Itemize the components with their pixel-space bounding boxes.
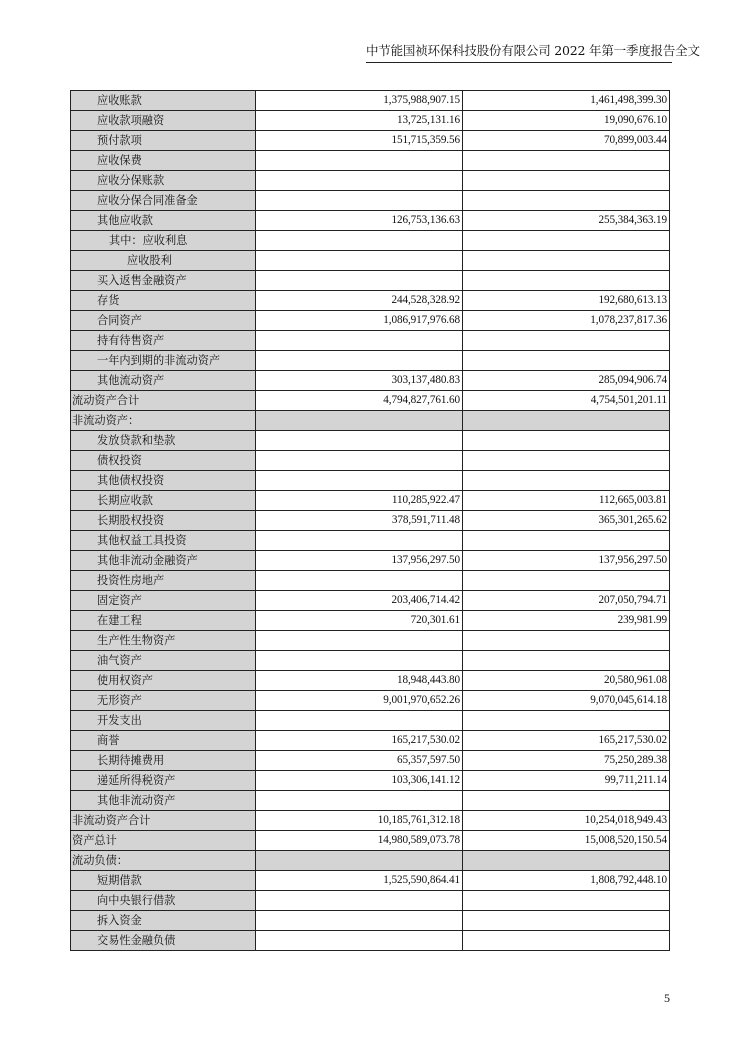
table-row: 油气资产 — [71, 651, 670, 671]
table-row: 预付款项151,715,359.5670,899,003.44 — [71, 131, 670, 151]
table-row: 开发支出 — [71, 711, 670, 731]
period-begin-value — [463, 231, 670, 251]
period-begin-value — [463, 271, 670, 291]
period-begin-value: 15,008,520,150.54 — [463, 831, 670, 851]
table-row: 应收保费 — [71, 151, 670, 171]
row-label: 短期借款 — [71, 871, 256, 891]
period-end-value: 13,725,131.16 — [256, 111, 463, 131]
period-begin-value — [463, 191, 670, 211]
period-begin-value: 1,078,237,817.36 — [463, 311, 670, 331]
row-label: 其他权益工具投资 — [71, 531, 256, 551]
row-label: 持有待售资产 — [71, 331, 256, 351]
period-end-value — [256, 911, 463, 931]
period-end-value: 378,591,711.48 — [256, 511, 463, 531]
row-label: 其他非流动资产 — [71, 791, 256, 811]
period-begin-value — [463, 651, 670, 671]
period-begin-value: 112,665,003.81 — [463, 491, 670, 511]
balance-sheet-body: 应收账款1,375,988,907.151,461,498,399.30应收款项… — [71, 91, 670, 951]
section-header-row: 流动负债： — [71, 851, 670, 871]
period-end-value: 9,001,970,652.26 — [256, 691, 463, 711]
row-label: 固定资产 — [71, 591, 256, 611]
period-begin-value — [463, 931, 670, 951]
row-label: 其他债权投资 — [71, 471, 256, 491]
period-end-value — [256, 231, 463, 251]
period-begin-value: 70,899,003.44 — [463, 131, 670, 151]
table-row: 发放贷款和垫款 — [71, 431, 670, 451]
row-label: 应收保费 — [71, 151, 256, 171]
period-end-value — [256, 891, 463, 911]
row-label: 应收股利 — [71, 251, 256, 271]
table-row: 长期待摊费用65,357,597.5075,250,289.38 — [71, 751, 670, 771]
table-row: 一年内到期的非流动资产 — [71, 351, 670, 371]
period-end-value — [256, 331, 463, 351]
period-begin-value — [463, 151, 670, 171]
row-label: 商誉 — [71, 731, 256, 751]
row-label: 长期待摊费用 — [71, 751, 256, 771]
period-begin-value — [463, 471, 670, 491]
period-begin-value — [463, 411, 670, 431]
period-end-value: 110,285,922.47 — [256, 491, 463, 511]
period-begin-value — [463, 911, 670, 931]
table-row: 应收股利 — [71, 251, 670, 271]
table-row: 应收分保账款 — [71, 171, 670, 191]
table-row: 投资性房地产 — [71, 571, 670, 591]
period-end-value: 65,357,597.50 — [256, 751, 463, 771]
row-label: 买入返售金融资产 — [71, 271, 256, 291]
row-label: 其中：应收利息 — [71, 231, 256, 251]
row-label: 交易性金融负债 — [71, 931, 256, 951]
period-end-value: 126,753,136.63 — [256, 211, 463, 231]
row-label: 应收账款 — [71, 91, 256, 111]
period-begin-value: 365,301,265.62 — [463, 511, 670, 531]
period-end-value: 203,406,714.42 — [256, 591, 463, 611]
period-begin-value: 1,461,498,399.30 — [463, 91, 670, 111]
period-end-value — [256, 651, 463, 671]
total-row: 流动资产合计4,794,827,761.604,754,501,201.11 — [71, 391, 670, 411]
period-begin-value — [463, 431, 670, 451]
table-row: 短期借款1,525,590,864.411,808,792,448.10 — [71, 871, 670, 891]
row-label: 应收分保账款 — [71, 171, 256, 191]
period-begin-value — [463, 331, 670, 351]
period-end-value — [256, 571, 463, 591]
row-label: 使用权资产 — [71, 671, 256, 691]
period-begin-value — [463, 851, 670, 871]
total-row: 资产总计14,980,589,073.7815,008,520,150.54 — [71, 831, 670, 851]
period-end-value — [256, 711, 463, 731]
table-row: 其他权益工具投资 — [71, 531, 670, 551]
row-label: 应收分保合同准备金 — [71, 191, 256, 211]
row-label: 油气资产 — [71, 651, 256, 671]
row-label: 开发支出 — [71, 711, 256, 731]
row-label: 债权投资 — [71, 451, 256, 471]
period-end-value: 244,528,328.92 — [256, 291, 463, 311]
table-row: 其中：应收利息 — [71, 231, 670, 251]
period-begin-value — [463, 791, 670, 811]
period-end-value — [256, 471, 463, 491]
period-end-value: 18,948,443.80 — [256, 671, 463, 691]
row-label: 向中央银行借款 — [71, 891, 256, 911]
period-end-value: 165,217,530.02 — [256, 731, 463, 751]
row-label: 其他流动资产 — [71, 371, 256, 391]
row-label: 拆入资金 — [71, 911, 256, 931]
table-row: 向中央银行借款 — [71, 891, 670, 911]
row-label: 长期应收款 — [71, 491, 256, 511]
period-end-value: 137,956,297.50 — [256, 551, 463, 571]
period-end-value — [256, 931, 463, 951]
period-begin-value: 9,070,045,614.18 — [463, 691, 670, 711]
table-row: 长期应收款110,285,922.47112,665,003.81 — [71, 491, 670, 511]
table-row: 债权投资 — [71, 451, 670, 471]
row-label: 流动资产合计 — [71, 391, 256, 411]
table-row: 合同资产1,086,917,976.681,078,237,817.36 — [71, 311, 670, 331]
period-end-value: 303,137,480.83 — [256, 371, 463, 391]
table-row: 持有待售资产 — [71, 331, 670, 351]
period-begin-value — [463, 571, 670, 591]
period-end-value — [256, 251, 463, 271]
period-end-value — [256, 451, 463, 471]
row-label: 资产总计 — [71, 831, 256, 851]
period-end-value: 14,980,589,073.78 — [256, 831, 463, 851]
period-begin-value: 19,090,676.10 — [463, 111, 670, 131]
period-begin-value: 165,217,530.02 — [463, 731, 670, 751]
period-begin-value — [463, 251, 670, 271]
row-label: 其他应收款 — [71, 211, 256, 231]
table-row: 商誉165,217,530.02165,217,530.02 — [71, 731, 670, 751]
table-row: 在建工程720,301.61239,981.99 — [71, 611, 670, 631]
table-row: 递延所得税资产103,306,141.1299,711,211.14 — [71, 771, 670, 791]
row-label: 非流动资产合计 — [71, 811, 256, 831]
row-label: 流动负债： — [71, 851, 256, 871]
table-row: 其他应收款126,753,136.63255,384,363.19 — [71, 211, 670, 231]
row-label: 递延所得税资产 — [71, 771, 256, 791]
table-row: 其他非流动资产 — [71, 791, 670, 811]
table-row: 其他流动资产303,137,480.83285,094,906.74 — [71, 371, 670, 391]
page-header: 中节能国祯环保科技股份有限公司 2022 年第一季度报告全文 — [366, 42, 672, 63]
period-end-value — [256, 411, 463, 431]
row-label: 预付款项 — [71, 131, 256, 151]
period-begin-value: 75,250,289.38 — [463, 751, 670, 771]
period-end-value — [256, 271, 463, 291]
period-end-value: 151,715,359.56 — [256, 131, 463, 151]
period-end-value: 1,086,917,976.68 — [256, 311, 463, 331]
period-end-value: 1,375,988,907.15 — [256, 91, 463, 111]
table-row: 长期股权投资378,591,711.48365,301,265.62 — [71, 511, 670, 531]
period-end-value — [256, 631, 463, 651]
report-title: 中节能国祯环保科技股份有限公司 2022 年第一季度报告全文 — [366, 43, 700, 58]
period-end-value — [256, 791, 463, 811]
table-row: 生产性生物资产 — [71, 631, 670, 651]
period-end-value — [256, 151, 463, 171]
row-label: 非流动资产： — [71, 411, 256, 431]
row-label: 发放贷款和垫款 — [71, 431, 256, 451]
row-label: 存货 — [71, 291, 256, 311]
section-header-row: 非流动资产： — [71, 411, 670, 431]
table-row: 买入返售金融资产 — [71, 271, 670, 291]
row-label: 应收款项融资 — [71, 111, 256, 131]
period-begin-value — [463, 531, 670, 551]
period-end-value — [256, 531, 463, 551]
period-begin-value: 137,956,297.50 — [463, 551, 670, 571]
row-label: 无形资产 — [71, 691, 256, 711]
row-label: 长期股权投资 — [71, 511, 256, 531]
table-row: 应收款项融资13,725,131.1619,090,676.10 — [71, 111, 670, 131]
period-begin-value — [463, 711, 670, 731]
period-end-value — [256, 851, 463, 871]
period-begin-value: 1,808,792,448.10 — [463, 871, 670, 891]
table-row: 其他债权投资 — [71, 471, 670, 491]
period-begin-value — [463, 351, 670, 371]
period-begin-value: 192,680,613.13 — [463, 291, 670, 311]
balance-sheet-table: 应收账款1,375,988,907.151,461,498,399.30应收款项… — [70, 90, 670, 951]
period-end-value — [256, 351, 463, 371]
period-end-value: 1,525,590,864.41 — [256, 871, 463, 891]
table-row: 拆入资金 — [71, 911, 670, 931]
period-end-value: 720,301.61 — [256, 611, 463, 631]
period-begin-value — [463, 891, 670, 911]
row-label: 投资性房地产 — [71, 571, 256, 591]
period-begin-value: 99,711,211.14 — [463, 771, 670, 791]
period-end-value: 4,794,827,761.60 — [256, 391, 463, 411]
total-row: 非流动资产合计10,185,761,312.1810,254,018,949.4… — [71, 811, 670, 831]
row-label: 合同资产 — [71, 311, 256, 331]
row-label: 生产性生物资产 — [71, 631, 256, 651]
table-row: 其他非流动金融资产137,956,297.50137,956,297.50 — [71, 551, 670, 571]
table-row: 应收账款1,375,988,907.151,461,498,399.30 — [71, 91, 670, 111]
table-row: 存货244,528,328.92192,680,613.13 — [71, 291, 670, 311]
period-begin-value: 255,384,363.19 — [463, 211, 670, 231]
row-label: 一年内到期的非流动资产 — [71, 351, 256, 371]
period-begin-value: 4,754,501,201.11 — [463, 391, 670, 411]
table-row: 应收分保合同准备金 — [71, 191, 670, 211]
period-begin-value: 10,254,018,949.43 — [463, 811, 670, 831]
page-number: 5 — [664, 991, 670, 1006]
row-label: 在建工程 — [71, 611, 256, 631]
period-begin-value: 20,580,961.08 — [463, 671, 670, 691]
table-row: 无形资产9,001,970,652.269,070,045,614.18 — [71, 691, 670, 711]
period-begin-value — [463, 631, 670, 651]
period-end-value: 10,185,761,312.18 — [256, 811, 463, 831]
period-begin-value: 285,094,906.74 — [463, 371, 670, 391]
period-begin-value: 207,050,794.71 — [463, 591, 670, 611]
period-begin-value — [463, 171, 670, 191]
period-end-value — [256, 191, 463, 211]
table-row: 交易性金融负债 — [71, 931, 670, 951]
period-begin-value — [463, 451, 670, 471]
table-row: 固定资产203,406,714.42207,050,794.71 — [71, 591, 670, 611]
period-end-value — [256, 431, 463, 451]
period-end-value — [256, 171, 463, 191]
period-end-value: 103,306,141.12 — [256, 771, 463, 791]
period-begin-value: 239,981.99 — [463, 611, 670, 631]
table-row: 使用权资产18,948,443.8020,580,961.08 — [71, 671, 670, 691]
row-label: 其他非流动金融资产 — [71, 551, 256, 571]
